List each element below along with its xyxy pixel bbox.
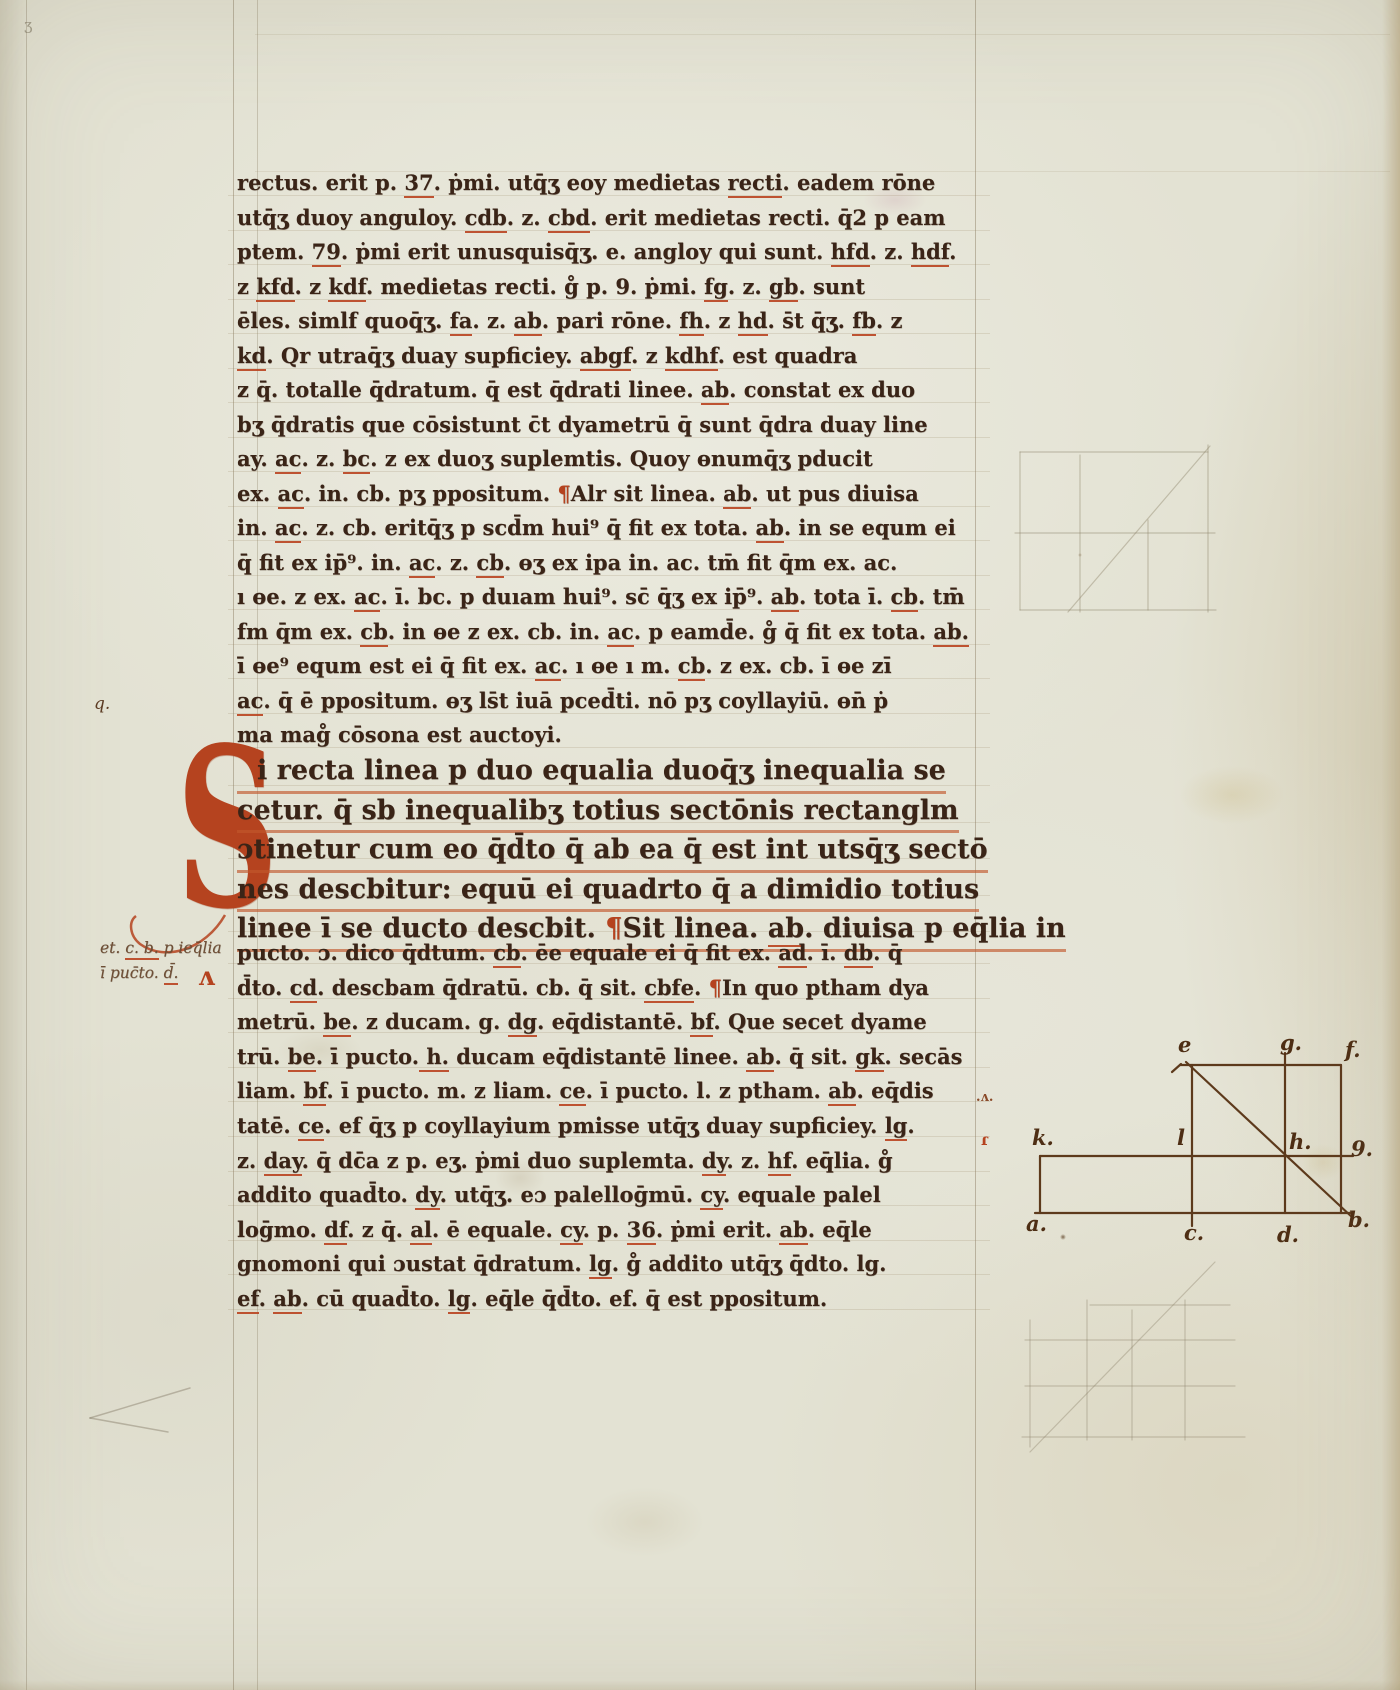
svg-text:c.: c. [1184, 1220, 1204, 1245]
text-line: tatē. ce. ef q̄ʒ p coyllayium pmisse utq… [237, 1109, 982, 1144]
page-right-edge [1382, 0, 1400, 1690]
pencil-marks-bottom-left [70, 1370, 210, 1450]
svg-text:b.: b. [1348, 1207, 1370, 1232]
text-block-main: rectus. erit p. 37. ṗmi. utq̄ʒ eoy medie… [237, 166, 982, 753]
text-line: fm q̄m ex. cb. in ɵe z ex. cb. in. ac. p… [237, 615, 982, 650]
text-line: z q̄. totalle q̄dratum. q̄ est q̄drati l… [237, 373, 982, 408]
faint-sketch-bottom-right [1000, 1240, 1260, 1470]
text-line: loḡmo. df. z q̄. al. ē equale. cy. p. 36… [237, 1213, 982, 1248]
proposition-block: i recta linea p duo equalia duoq̄ʒ inequ… [237, 754, 982, 952]
svg-text:l: l [1177, 1125, 1185, 1150]
text-line: metrū. be. z ducam. g. dg. eq̄distantē. … [237, 1005, 982, 1040]
text-line: ı ɵe. z ex. ac. ī. bc. p duıam hui⁹. sc̄… [237, 580, 982, 615]
text-line: in. ac. z. cb. eritq̄ʒ p scd̄m hui⁹ q̄ f… [237, 511, 982, 546]
text-line: gnomoni qui ɔustat q̄dratum. lg. g̊ addi… [237, 1247, 982, 1282]
proof-block: pucto. ɔ. dico q̄dtum. cb. ēe equale ei … [237, 936, 982, 1317]
right-margin-mark: .ʌ. [976, 1090, 993, 1105]
text-line: pucto. ɔ. dico q̄dtum. cb. ēe equale ei … [237, 936, 982, 971]
paragraph-mark-icon: ¶ [709, 975, 722, 1000]
text-line: liam. bf. ī pucto. m. z liam. ce. ī puct… [237, 1074, 982, 1109]
corner-pencil-mark: ʒ [24, 16, 32, 34]
page-bottom-edge [0, 1680, 1400, 1690]
geometric-diagram: eg.f.k.lh.9.a.c.d.b. [1000, 1030, 1390, 1260]
text-line: q̄ fit ex ip̄⁹. in. ac. z. cb. ɵʒ ex ipa… [237, 546, 982, 581]
text-line: rectus. erit p. 37. ṗmi. utq̄ʒ eoy medie… [237, 166, 982, 201]
svg-text:d.: d. [1277, 1222, 1299, 1247]
text-line: z. day. q̄ dc̄a z p. eʒ. ṗmi duo suplemt… [237, 1144, 982, 1179]
margin-proposition-number: q. [94, 694, 110, 714]
right-margin-red-mark: ɾ [981, 1130, 988, 1149]
text-line: kd. Qr utraq̄ʒ duay supficiey. abgf. z k… [237, 339, 982, 374]
page-left-edge [0, 0, 27, 1690]
text-line: trū. be. ī pucto. h. ducam eq̄distantē l… [237, 1040, 982, 1075]
text-line: d̄to. cd. descbam q̄dratū. cb. q̄ sit. c… [237, 971, 982, 1006]
faint-sketch-top-right [1000, 430, 1230, 630]
text-line: cetur. q̄ sb inequalibʒ totius sectōnis … [237, 794, 959, 834]
text-line: ptem. 79. ṗmi erit unusquisq̄ʒ. e. anglo… [237, 235, 982, 270]
text-line: et. c. b. p ieq̄lia [100, 936, 222, 961]
text-line: addito quad̄to. dy. utq̄ʒ. eɔ palelloḡmū… [237, 1178, 982, 1213]
text-line: ac. q̄ ē ppositum. ɵʒ ls̄t iuā pced̄ti. … [237, 684, 982, 719]
ruling-line-horizontal-top [255, 34, 1390, 35]
text-line: ma mag̊ cōsona est auctoyi. [237, 718, 982, 753]
text-line: ēles. simlf quoq̄ʒ. fa. z. ab. pari rōne… [237, 304, 982, 339]
svg-text:f.: f. [1343, 1037, 1361, 1062]
text-line: ef. ab. cū quad̄to. lg. eq̄le q̄d̄to. ef… [237, 1282, 982, 1317]
svg-text:9.: 9. [1351, 1136, 1373, 1161]
paragraph-mark-icon: ¶ [557, 481, 570, 506]
manuscript-page: rectus. erit p. 37. ṗmi. utq̄ʒ eoy medie… [0, 0, 1400, 1690]
text-line: nes descbitur: equū ei quadrto q̄ a dimi… [237, 873, 979, 913]
text-line: ɔtinetur cum eo q̄d̄to q̄ ab ea q̄ est i… [237, 833, 988, 873]
text-line: ex. ac. in. cb. pʒ ppositum. ¶Alr sit li… [237, 477, 982, 512]
svg-text:g.: g. [1280, 1030, 1302, 1055]
text-line: ay. ac. z. bc. z ex duoʒ suplemtis. Quoy… [237, 442, 982, 477]
text-line: z kfd. z kdf. medietas recti. g̊ p. 9. ṗ… [237, 270, 982, 305]
svg-text:h.: h. [1289, 1129, 1312, 1154]
text-line: ī ɵe⁹ equm est ei q̄ fit ex. ac. ı ɵe ı … [237, 649, 982, 684]
text-line: i recta linea p duo equalia duoq̄ʒ inequ… [237, 754, 946, 794]
text-line: utq̄ʒ duoy anguloy. cdb. z. cbd. erit me… [237, 201, 982, 236]
insertion-caret-icon: ʌ [198, 962, 215, 992]
svg-text:a.: a. [1026, 1211, 1047, 1236]
svg-text:k.: k. [1032, 1125, 1054, 1150]
text-line: bʒ q̄dratis que cōsistunt c̄t dyametrū q… [237, 408, 982, 443]
svg-text:e: e [1178, 1032, 1191, 1057]
